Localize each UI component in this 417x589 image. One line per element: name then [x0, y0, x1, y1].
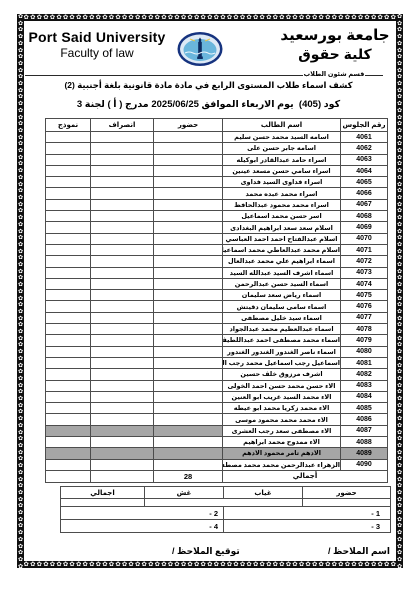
student-name: اسلام عبدالفتاح احمد احمد العباسي	[223, 233, 341, 244]
attendance-cell	[154, 188, 223, 199]
attendance-cell	[154, 437, 223, 448]
departure-cell	[91, 448, 154, 459]
exam-session-line: كود (405) يوم الاربعاء الموافق 2025/06/2…	[30, 99, 387, 110]
seat-number: 4063	[341, 154, 388, 165]
student-row: 4065اسراء فداوى السيد فداوى	[46, 177, 388, 188]
seat-number: 4082	[341, 369, 388, 380]
lighthouse-logo-icon	[177, 31, 223, 67]
attendance-cell	[154, 233, 223, 244]
attendance-cell	[154, 154, 223, 165]
student-row: 4064اسراء سامي حسن مسعد عينين	[46, 165, 388, 176]
departure-cell	[91, 414, 154, 425]
summary-col-cheating: غش	[145, 487, 224, 499]
summary-table: حضور غياب غش اجمالي - 1 - 2 - 3 - 4	[60, 486, 391, 533]
seat-number: 4089	[341, 448, 388, 459]
form-cell	[46, 301, 91, 312]
seat-number: 4078	[341, 324, 388, 335]
form-cell	[46, 335, 91, 346]
form-cell	[46, 312, 91, 323]
total-form-cell	[46, 470, 91, 482]
form-cell	[46, 324, 91, 335]
summary-item-row: - 3 - 4	[61, 520, 391, 533]
student-row: 4067اسراء محمد محمود عبدالحافظ	[46, 199, 388, 210]
departure-cell	[91, 154, 154, 165]
departure-cell	[91, 244, 154, 255]
seat-number: 4067	[341, 199, 388, 210]
student-name: الادهم تامر محمود الادهم	[223, 448, 341, 459]
student-name: اشرف مرزوق خلف حسين	[223, 369, 341, 380]
attendance-cell	[154, 425, 223, 436]
col-header-student-name: اسم الطالب	[223, 119, 341, 132]
student-name: الاء محمد زكريا محمد ابو عيطه	[223, 403, 341, 414]
student-row: 4079اسماء محمد مصطفى احمد عبداللطيف	[46, 335, 388, 346]
summary-empty-cell	[145, 499, 303, 507]
departure-cell	[91, 188, 154, 199]
form-cell	[46, 403, 91, 414]
form-cell	[46, 357, 91, 368]
form-cell	[46, 211, 91, 222]
seat-number: 4086	[341, 414, 388, 425]
student-name: اسماء محمد مصطفى احمد عبداللطيف	[223, 335, 341, 346]
student-name: الزهراء عبدالرحمن محمد محمد مصطفى	[223, 459, 341, 470]
attendance-cell	[154, 346, 223, 357]
attendance-cell	[154, 414, 223, 425]
department-label: قسم شئون الطلاب	[303, 69, 365, 79]
seat-number: 4061	[341, 132, 388, 143]
form-cell	[46, 448, 91, 459]
student-row: 4069اسلام سعد سعد ابراهيم البغدادى	[46, 222, 388, 233]
seat-number: 4074	[341, 278, 388, 289]
attendance-cell	[154, 335, 223, 346]
total-row: أجمالي 28	[46, 470, 388, 482]
student-row: 4078اسماء عبدالعظيم محمد عبدالجواد	[46, 324, 388, 335]
departure-cell	[91, 199, 154, 210]
form-cell	[46, 414, 91, 425]
student-row: 4088الاء ممدوح محمد ابراهيم	[46, 437, 388, 448]
seat-number: 4079	[341, 335, 388, 346]
student-row: 4073اسماء اشرف السيد عبدالله السيد	[46, 267, 388, 278]
student-name: اسراء محمد عبده محمد	[223, 188, 341, 199]
attendance-table: رقم الجلوس اسم الطالب حضور انصراف نموذج …	[45, 118, 388, 483]
summary-empty-row	[61, 499, 391, 507]
seat-number: 4072	[341, 256, 388, 267]
departure-cell	[91, 132, 154, 143]
seat-number: 4069	[341, 222, 388, 233]
departure-cell	[91, 335, 154, 346]
ornamental-border-right: ✿✿✿✿✿✿✿✿✿✿✿✿✿✿✿✿✿✿✿✿✿✿✿✿✿✿✿✿✿✿✿✿✿✿✿✿✿✿✿✿…	[396, 14, 403, 568]
summary-item-1: - 1	[224, 507, 391, 520]
total-label: أجمالي	[223, 470, 388, 482]
student-name: اسماء ابراهيم علي محمد عبدالعال	[223, 256, 341, 267]
departure-cell	[91, 459, 154, 470]
departure-cell	[91, 346, 154, 357]
departure-cell	[91, 278, 154, 289]
ornamental-border-top: ✿✿✿✿✿✿✿✿✿✿✿✿✿✿✿✿✿✿✿✿✿✿✿✿✿✿✿✿✿✿✿✿✿✿✿✿✿✿✿✿…	[17, 14, 403, 21]
departure-cell	[91, 165, 154, 176]
summary-col-absence: غياب	[224, 487, 303, 499]
student-row: 4077اسماء سيد خليل مصطفى	[46, 312, 388, 323]
attendance-cell	[154, 369, 223, 380]
summary-item-3: - 3	[224, 520, 391, 533]
seat-number: 4066	[341, 188, 388, 199]
departure-cell	[91, 290, 154, 301]
student-row: 4075اسماء رياض سعد سليمان	[46, 290, 388, 301]
col-header-seat-number: رقم الجلوس	[341, 119, 388, 132]
form-cell	[46, 154, 91, 165]
summary-item-row: - 1 - 2	[61, 507, 391, 520]
seat-number: 4065	[341, 177, 388, 188]
university-logo	[177, 31, 223, 72]
seat-number: 4090	[341, 459, 388, 470]
attendance-cell	[154, 324, 223, 335]
student-row: 4068اسر حسن محمد اسماعيل	[46, 211, 388, 222]
summary-item-2: - 2	[61, 507, 224, 520]
attendance-cell	[154, 165, 223, 176]
student-name: الاء ممدوح محمد ابراهيم	[223, 437, 341, 448]
departure-cell	[91, 143, 154, 154]
form-cell	[46, 199, 91, 210]
departure-cell	[91, 301, 154, 312]
attendance-cell	[154, 301, 223, 312]
form-cell	[46, 425, 91, 436]
summary-col-total: اجمالي	[61, 487, 145, 499]
departure-cell	[91, 256, 154, 267]
form-cell	[46, 132, 91, 143]
summary-empty-cell	[61, 499, 145, 507]
student-row: 4084الاء محمد السيد غريب ابو العنين	[46, 391, 388, 402]
seat-number: 4064	[341, 165, 388, 176]
form-cell	[46, 244, 91, 255]
seat-number: 4087	[341, 425, 388, 436]
student-name: اسماء سيد خليل مصطفى	[223, 312, 341, 323]
seat-number: 4062	[341, 143, 388, 154]
student-name: اسراء سامي حسن مسعد عينين	[223, 165, 341, 176]
attendance-cell	[154, 177, 223, 188]
attendance-cell	[154, 199, 223, 210]
student-row: 4081اسماعيل رجب اسماعيل محمد رجب الزيات	[46, 357, 388, 368]
departure-cell	[91, 177, 154, 188]
attendance-cell	[154, 222, 223, 233]
seat-number: 4077	[341, 312, 388, 323]
student-name: اسماء اشرف السيد عبدالله السيد	[223, 267, 341, 278]
student-row: 4066اسراء محمد عبده محمد	[46, 188, 388, 199]
english-header: Port Said University Faculty of law	[24, 29, 170, 60]
col-header-departure: انصراف	[91, 119, 154, 132]
attendance-cell	[154, 391, 223, 402]
departure-cell	[91, 222, 154, 233]
student-row: 4074اسماء السيد حسن عبدالرحمن	[46, 278, 388, 289]
student-row: 4072اسماء ابراهيم علي محمد عبدالعال	[46, 256, 388, 267]
attendance-cell	[154, 256, 223, 267]
summary-empty-cell	[303, 499, 391, 507]
form-cell	[46, 188, 91, 199]
student-name: اسماء ناصر الغندور الغندور الغندور	[223, 346, 341, 357]
sheet-title: كشف اسماء طلاب المستوى الرابع في مادة ما…	[30, 80, 387, 91]
student-row: 4063اسراء حامد عبدالقادر ابوكيله	[46, 154, 388, 165]
student-name: اسماعيل رجب اسماعيل محمد رجب الزيات	[223, 357, 341, 368]
ornamental-border-bottom: ✿✿✿✿✿✿✿✿✿✿✿✿✿✿✿✿✿✿✿✿✿✿✿✿✿✿✿✿✿✿✿✿✿✿✿✿✿✿✿✿…	[17, 561, 403, 568]
student-row: 4085الاء محمد زكريا محمد ابو عيطه	[46, 403, 388, 414]
student-name: اسلام سعد سعد ابراهيم البغدادى	[223, 222, 341, 233]
attendance-cell	[154, 267, 223, 278]
form-cell	[46, 143, 91, 154]
attendance-cell	[154, 380, 223, 391]
student-row: 4089الادهم تامر محمود الادهم	[46, 448, 388, 459]
attendance-cell	[154, 290, 223, 301]
student-row: 4080اسماء ناصر الغندور الغندور الغندور	[46, 346, 388, 357]
departure-cell	[91, 437, 154, 448]
student-row: 4082اشرف مرزوق خلف حسين	[46, 369, 388, 380]
seat-number: 4080	[341, 346, 388, 357]
seat-number: 4073	[341, 267, 388, 278]
form-cell	[46, 233, 91, 244]
faculty-name-ar: كلية حقوق	[278, 46, 392, 63]
student-name: اسماء سامى سليمان دقيتش	[223, 301, 341, 312]
student-name: اسامه جابر حسن على	[223, 143, 341, 154]
seat-number: 4076	[341, 301, 388, 312]
seat-number: 4084	[341, 391, 388, 402]
departure-cell	[91, 369, 154, 380]
ornamental-border-left: ✿✿✿✿✿✿✿✿✿✿✿✿✿✿✿✿✿✿✿✿✿✿✿✿✿✿✿✿✿✿✿✿✿✿✿✿✿✿✿✿…	[17, 14, 24, 568]
student-name: اسراء محمد محمود عبدالحافظ	[223, 199, 341, 210]
observer-name-label: اسم الملاحظ /	[278, 546, 390, 557]
seat-number: 4088	[341, 437, 388, 448]
departure-cell	[91, 324, 154, 335]
form-cell	[46, 165, 91, 176]
attendance-cell	[154, 403, 223, 414]
seat-number: 4081	[341, 357, 388, 368]
seat-number: 4085	[341, 403, 388, 414]
form-cell	[46, 346, 91, 357]
seat-number: 4070	[341, 233, 388, 244]
table-header-row: رقم الجلوس اسم الطالب حضور انصراف نموذج	[46, 119, 388, 132]
departure-cell	[91, 211, 154, 222]
summary-col-attendance: حضور	[303, 487, 391, 499]
student-row: 4090الزهراء عبدالرحمن محمد محمد مصطفى	[46, 459, 388, 470]
attendance-cell	[154, 278, 223, 289]
departure-cell	[91, 380, 154, 391]
student-row: 4061اسامه السيد محمد حسن سليم	[46, 132, 388, 143]
university-name-ar: جامعة بورسعيد	[278, 26, 392, 44]
form-cell	[46, 380, 91, 391]
student-name: الاء محمد السيد غريب ابو العنين	[223, 391, 341, 402]
student-name: اسماء رياض سعد سليمان	[223, 290, 341, 301]
departure-cell	[91, 357, 154, 368]
seat-number: 4075	[341, 290, 388, 301]
seat-number: 4068	[341, 211, 388, 222]
student-name: الاء حسن محمد حسن احمد الخولى	[223, 380, 341, 391]
student-name: اسلام محمد عبدالعاطي محمد اسماعيل	[223, 244, 341, 255]
col-header-attendance: حضور	[154, 119, 223, 132]
student-name: الاء محمد محمد محمود موسى	[223, 414, 341, 425]
departure-cell	[91, 233, 154, 244]
total-attendance-value: 28	[154, 470, 223, 482]
form-cell	[46, 369, 91, 380]
seat-number: 4071	[341, 244, 388, 255]
departure-cell	[91, 312, 154, 323]
form-cell	[46, 256, 91, 267]
departure-cell	[91, 403, 154, 414]
form-cell	[46, 267, 91, 278]
student-name: اسامه السيد محمد حسن سليم	[223, 132, 341, 143]
attendance-cell	[154, 357, 223, 368]
student-name: اسماء عبدالعظيم محمد عبدالجواد	[223, 324, 341, 335]
form-cell	[46, 177, 91, 188]
student-row: 4083الاء حسن محمد حسن احمد الخولى	[46, 380, 388, 391]
total-departure-cell	[91, 470, 154, 482]
summary-item-4: - 4	[61, 520, 224, 533]
seat-number: 4083	[341, 380, 388, 391]
observer-signature-label: توقيع الملاحظ /	[172, 546, 282, 557]
form-cell	[46, 391, 91, 402]
attendance-cell	[154, 211, 223, 222]
student-row: 4070اسلام عبدالفتاح احمد احمد العباسي	[46, 233, 388, 244]
student-row: 4062اسامه جابر حسن على	[46, 143, 388, 154]
form-cell	[46, 437, 91, 448]
departure-cell	[91, 425, 154, 436]
student-row: 4087الاء مصطفى سعد رجب العشرى	[46, 425, 388, 436]
form-cell	[46, 290, 91, 301]
departure-cell	[91, 391, 154, 402]
attendance-cell	[154, 459, 223, 470]
attendance-cell	[154, 132, 223, 143]
student-row: 4076اسماء سامى سليمان دقيتش	[46, 301, 388, 312]
student-name: اسراء فداوى السيد فداوى	[223, 177, 341, 188]
arabic-header: جامعة بورسعيد كلية حقوق	[278, 26, 392, 63]
student-name: اسماء السيد حسن عبدالرحمن	[223, 278, 341, 289]
summary-header-row: حضور غياب غش اجمالي	[61, 487, 391, 499]
form-cell	[46, 278, 91, 289]
student-name: اسراء حامد عبدالقادر ابوكيله	[223, 154, 341, 165]
student-name: اسر حسن محمد اسماعيل	[223, 211, 341, 222]
student-row: 4071اسلام محمد عبدالعاطي محمد اسماعيل	[46, 244, 388, 255]
form-cell	[46, 222, 91, 233]
faculty-name-en: Faculty of law	[24, 46, 170, 60]
attendance-cell	[154, 312, 223, 323]
col-header-form: نموذج	[46, 119, 91, 132]
attendance-cell	[154, 244, 223, 255]
student-row: 4086الاء محمد محمد محمود موسى	[46, 414, 388, 425]
attendance-cell	[154, 448, 223, 459]
attendance-cell	[154, 143, 223, 154]
university-name-en: Port Said University	[24, 29, 170, 45]
student-name: الاء مصطفى سعد رجب العشرى	[223, 425, 341, 436]
departure-cell	[91, 267, 154, 278]
form-cell	[46, 459, 91, 470]
